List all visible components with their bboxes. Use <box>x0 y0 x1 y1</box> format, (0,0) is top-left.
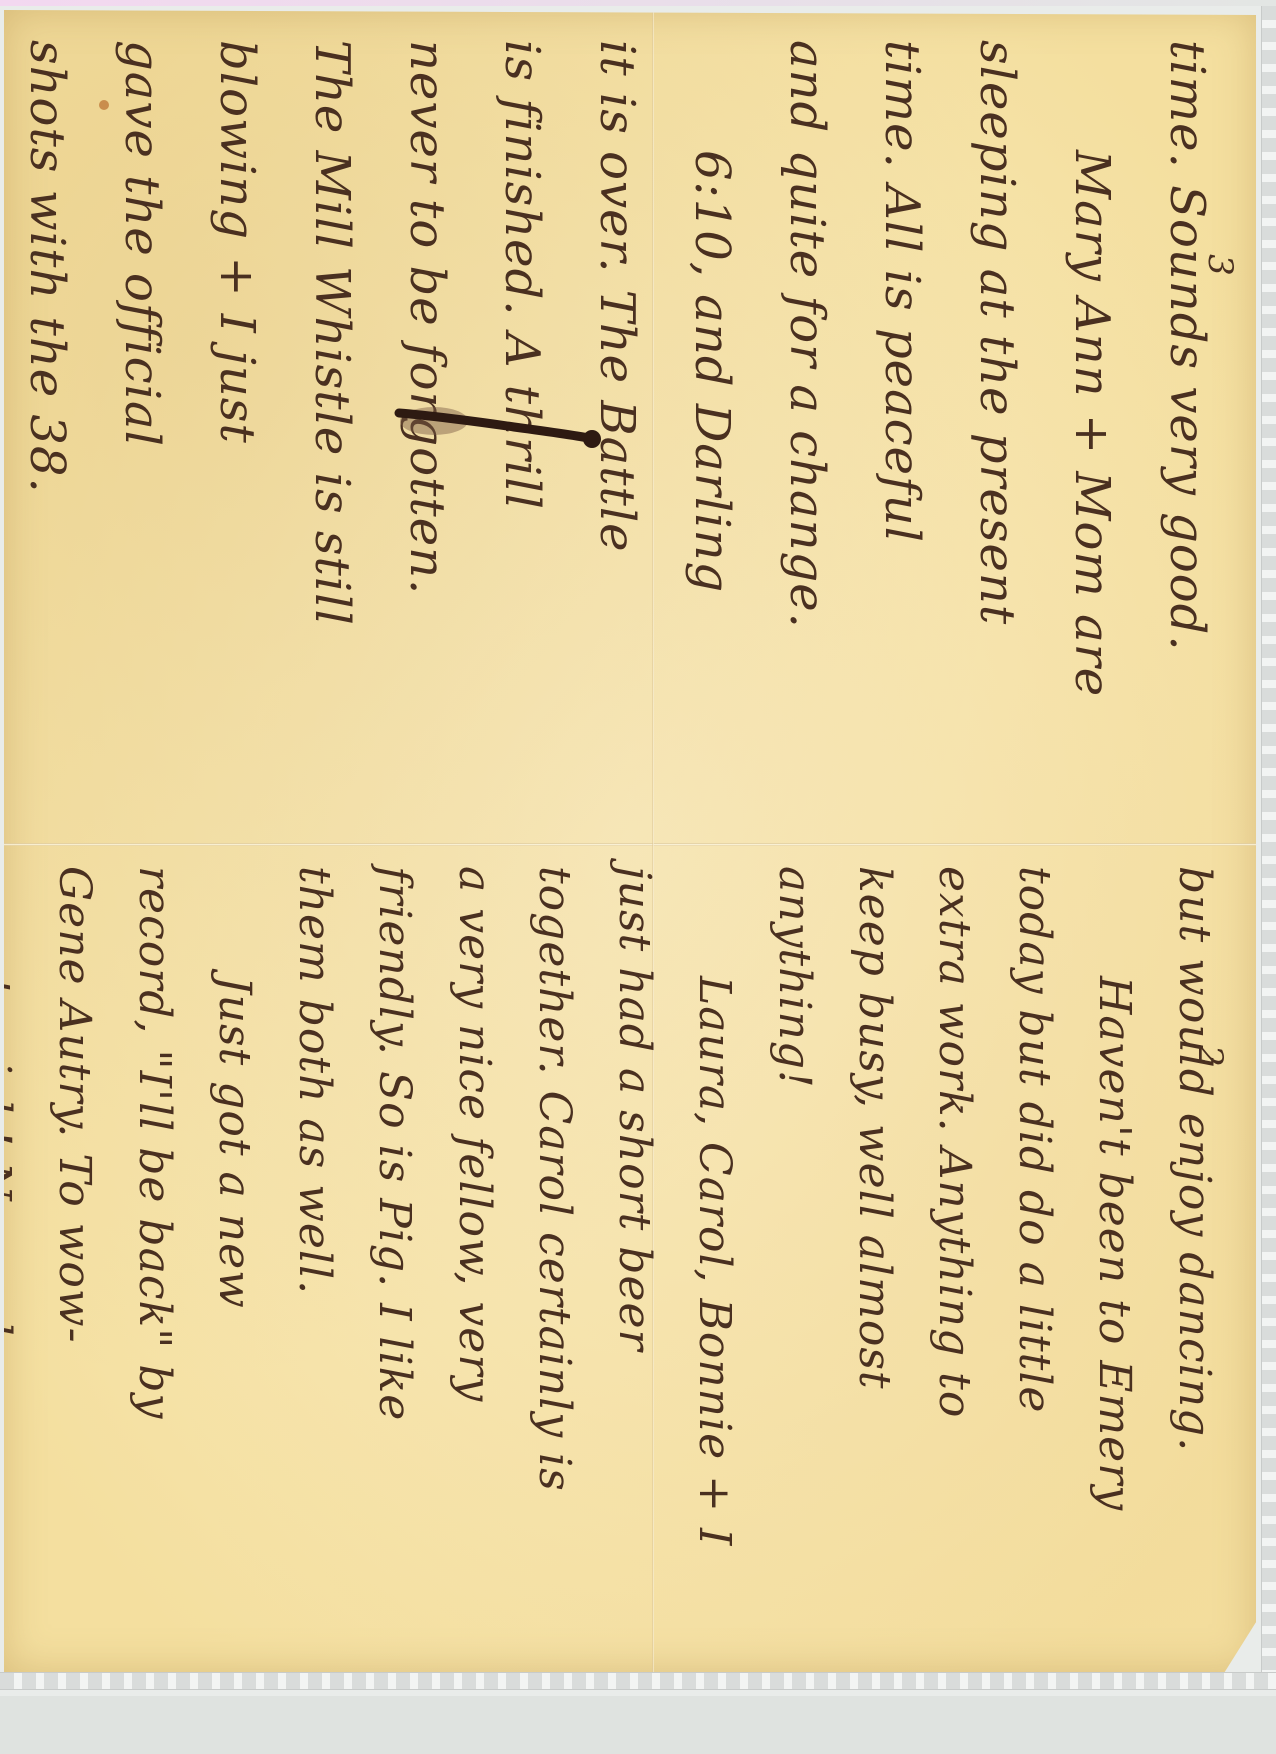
letter-line: extra work. Anything to <box>914 866 994 1666</box>
letter-line: time. Sounds very good. <box>1139 40 1234 840</box>
letter-line: blowing + I just <box>189 40 284 840</box>
letter-line: Laura, Carol, Bonnie + I <box>674 866 754 1666</box>
sleeve-perforated-edge-right <box>1261 6 1276 1686</box>
page-3-text: time. Sounds very good. Mary Ann + Mom a… <box>4 40 1234 840</box>
letter-line: sleeping at the present <box>949 40 1044 840</box>
letter-line: but would enjoy dancing. <box>1154 866 1234 1666</box>
letter-line: and quite for a change. <box>759 40 854 840</box>
letter-line: Just got a new <box>194 866 274 1666</box>
letter-line: together. Carol certainly is <box>514 866 594 1666</box>
letter-line: 6:10, and Darling <box>664 40 759 840</box>
letter-line: The Mill Whistle is still <box>284 40 379 840</box>
letter-line: country-ish! Now who <box>4 866 34 1666</box>
letter-line: time. All is peaceful <box>854 40 949 840</box>
letter-line: just had a short beer <box>594 866 674 1666</box>
page-3: 3 time. Sounds very good. Mary Ann + Mom… <box>4 10 1256 843</box>
letter-line: anything! <box>754 866 834 1666</box>
page-2: 2 but would enjoy dancing. Haven't been … <box>4 846 1256 1672</box>
letter-line: record, "I'll be back" by <box>114 866 194 1666</box>
letter-line: gave the official <box>94 40 189 840</box>
letter-line: Haven't been to Emery <box>1074 866 1154 1666</box>
letter-line: Gene Autry. To wow- <box>34 866 114 1666</box>
sleeve-perforated-edge-bottom <box>0 1672 1276 1690</box>
letter-line: Mary Ann + Mom are <box>1044 40 1139 840</box>
letter-line: keep busy, well almost <box>834 866 914 1666</box>
letter-line: shots with the 38. <box>4 40 94 840</box>
letter-line: a very nice fellow, very <box>434 866 514 1666</box>
letter-line: them both as well. <box>274 866 354 1666</box>
page-2-text: but would enjoy dancing. Haven't been to… <box>4 866 1234 1666</box>
letter-line: friendly. So is Pig. I like <box>354 866 434 1666</box>
letter-sheet: 3 time. Sounds very good. Mary Ann + Mom… <box>4 10 1256 1672</box>
ink-blot <box>394 405 609 449</box>
letter-line: today but did do a little <box>994 866 1074 1666</box>
